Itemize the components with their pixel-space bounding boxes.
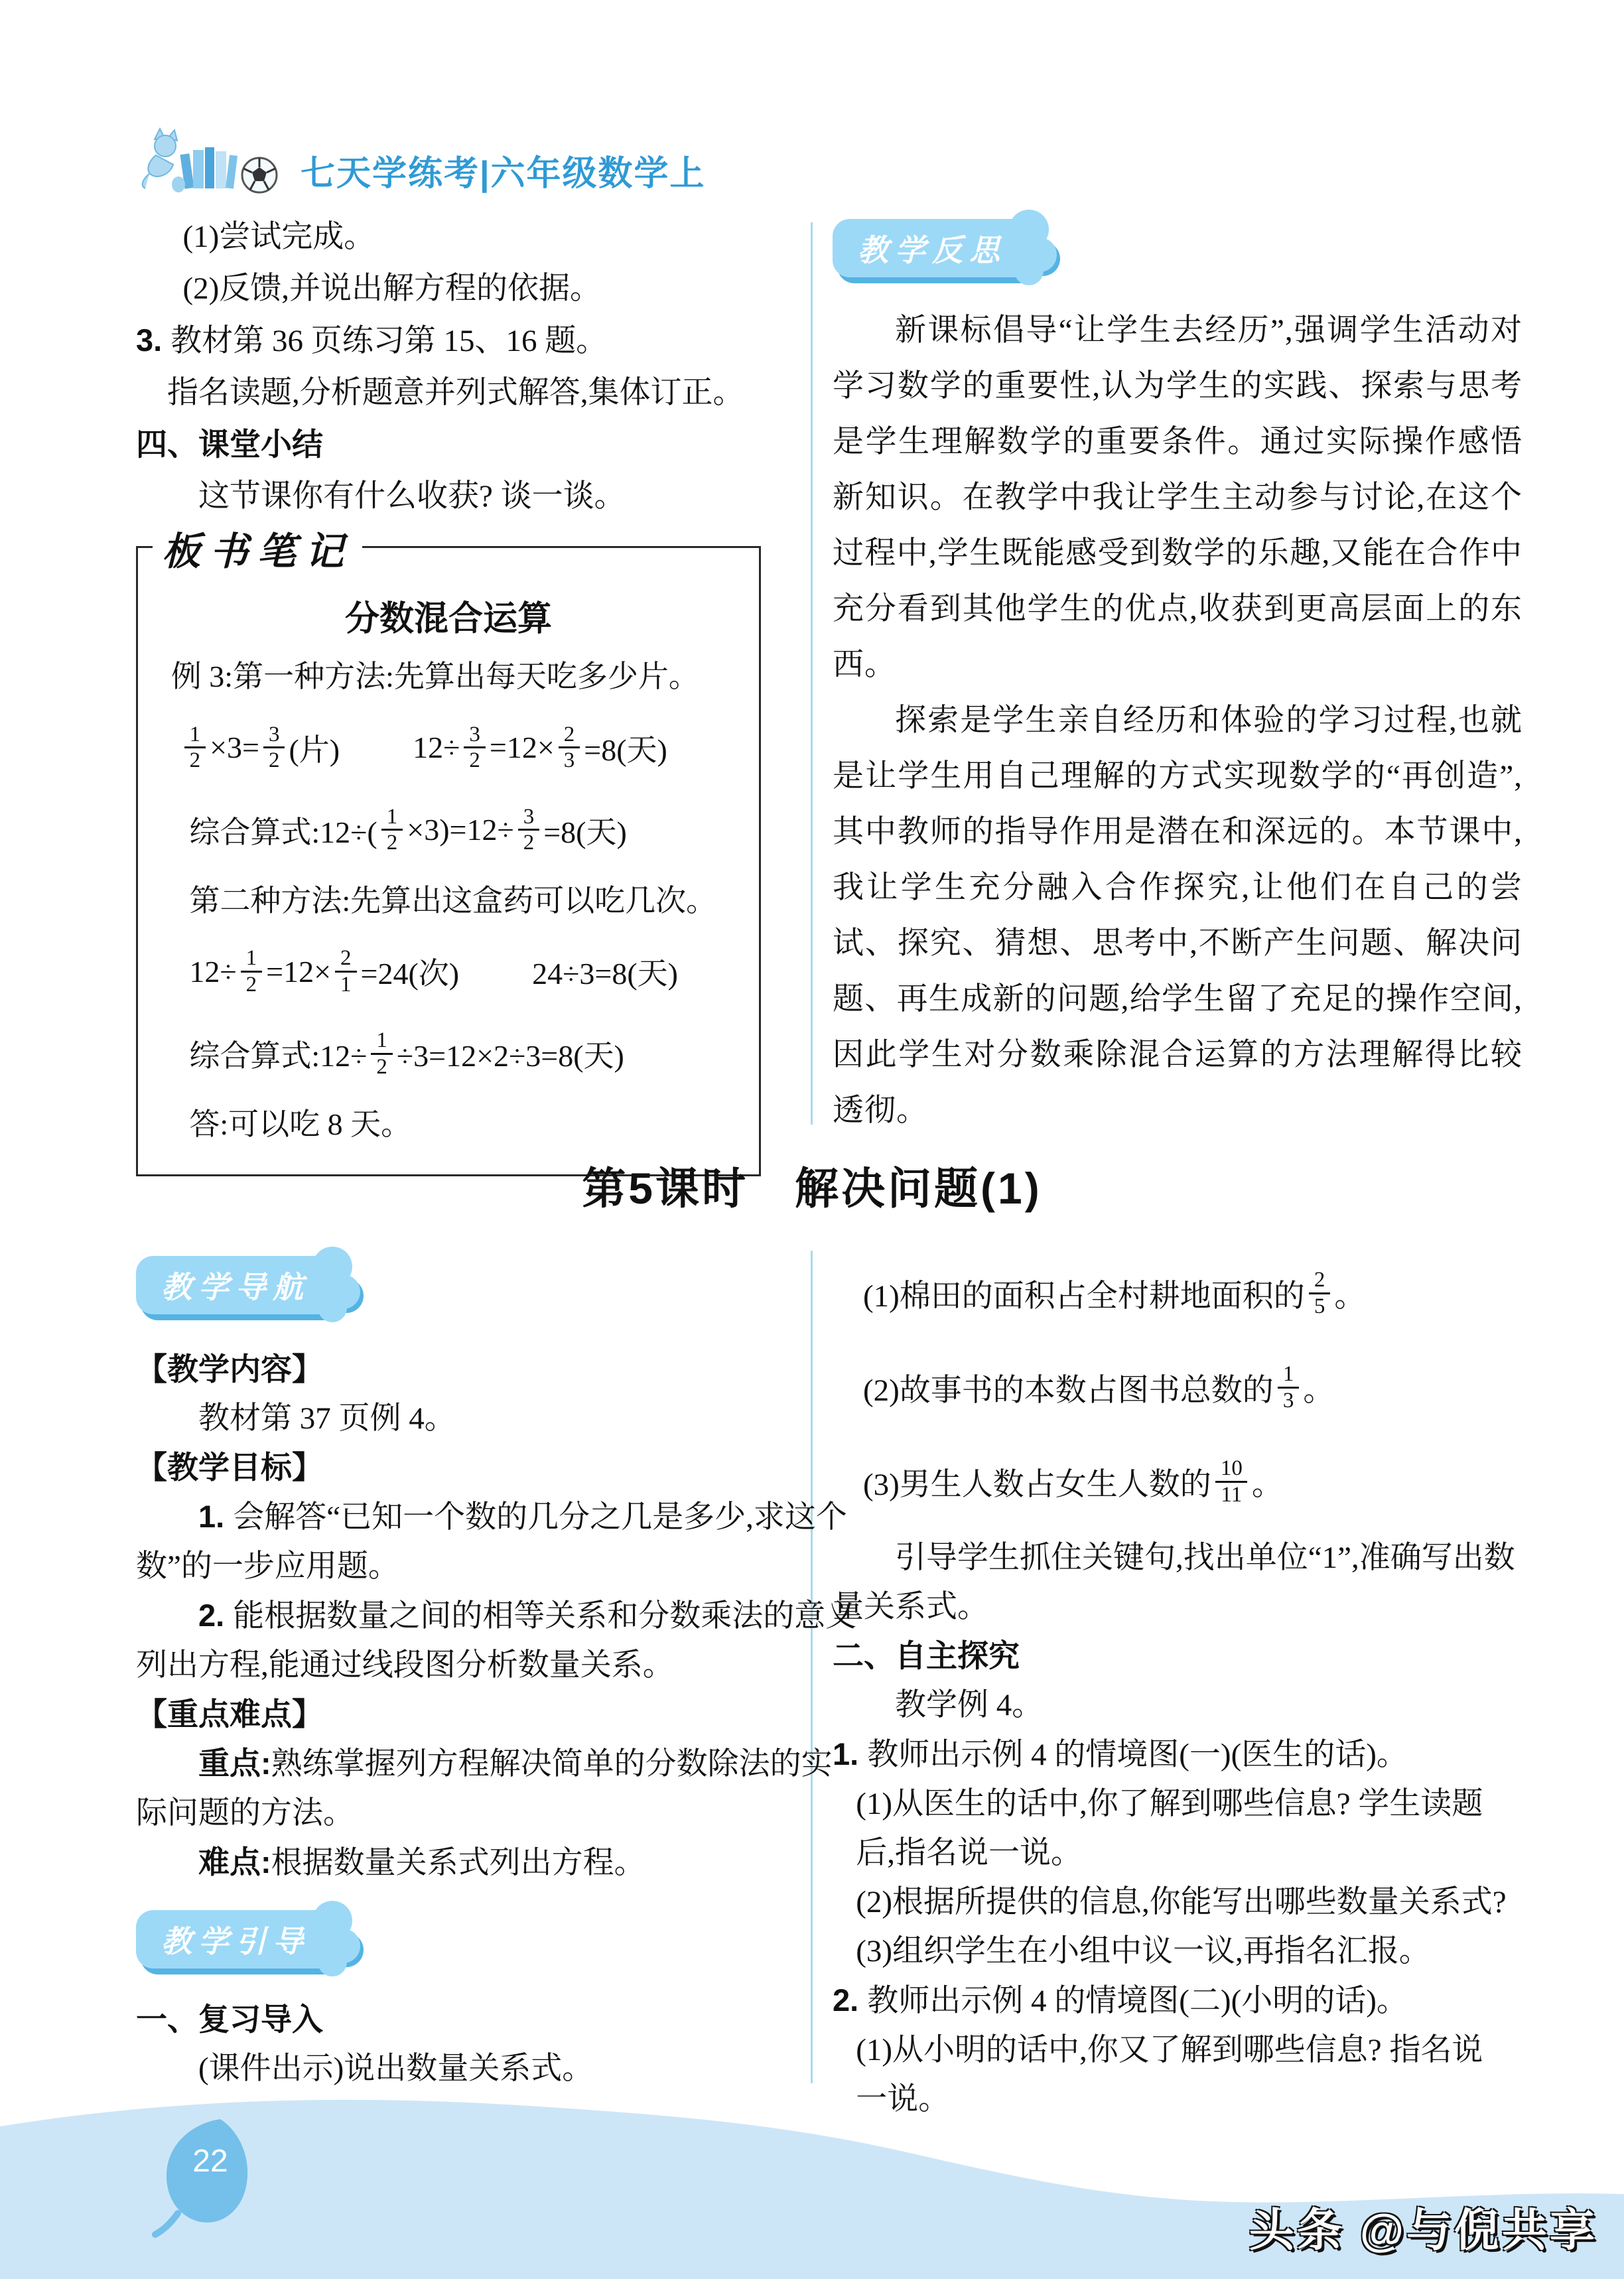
text-line: (1)从医生的话中,你了解到哪些信息? 学生读题 [833, 1779, 1522, 1829]
fraction: 12 [184, 723, 206, 773]
teaching-content-lines: 【教学内容】教材第 37 页例 4。【教学目标】1. 会解答“已知一个数的几分之… [136, 1345, 766, 1888]
board-notes-label: 板书笔记 [153, 520, 362, 576]
text-line: (2)根据所提供的信息,你能写出哪些数量关系式? [833, 1878, 1522, 1927]
brand-title: 七天学练考|六年级数学上 [301, 157, 706, 200]
text-line: 一、复习导入 [136, 1995, 766, 2044]
paragraph: 新课标倡导“让学生去经历”,强调学生活动对学习数学的重要性,认为学生的实践、探索… [833, 303, 1522, 693]
textbook-page: 七天学练考|六年级数学上 (1)尝试完成。(2)反馈,并说出解方程的依据。3. … [0, 0, 1624, 2279]
badge-cloud-bump [318, 1293, 347, 1322]
badge-teaching-navigation: 教学导航 [136, 1256, 335, 1314]
fraction: 25 [1309, 1268, 1331, 1318]
fraction: 12 [381, 805, 403, 855]
formula-row: 12×3=32(片)12÷32=12×23=8(天) [162, 709, 735, 786]
text-line: 1. 会解答“已知一个数的几分之几是多少,求这个 [136, 1492, 766, 1542]
formula-row: 综合算式:12÷12÷3=12×2÷3=8(天) [162, 1015, 735, 1092]
text-line: 重点:熟练掌握列方程解决简单的分数除法的实 [136, 1739, 766, 1789]
column-divider-top [811, 222, 813, 1125]
section1-right-column: 教学反思 新课标倡导“让学生去经历”,强调学生活动对学习数学的重要性,认为学生的… [833, 219, 1522, 1139]
page-header: 七天学练考|六年级数学上 [136, 127, 706, 200]
formula-row: (2)故事书的本数占图书总数的13。 [833, 1345, 1522, 1430]
badge-teaching-reflection: 教学反思 [833, 219, 1032, 277]
text-line: 2. 能根据数量之间的相等关系和分数乘法的意义 [136, 1591, 766, 1641]
lesson-steps-lines: (1)尝试完成。(2)反馈,并说出解方程的依据。3. 教材第 36 页练习第 1… [136, 211, 766, 522]
text-line: (1)尝试完成。 [136, 211, 766, 263]
badge-label: 教学引导 [161, 1917, 310, 1961]
text-line: 列出方程,能通过线段图分析数量关系。 [136, 1641, 766, 1690]
fraction: 23 [559, 723, 580, 773]
formula-row: 12÷12=12×21=24(次)24÷3=8(天) [162, 933, 735, 1010]
text-line: 指名读题,分析题意并列式解答,集体订正。 [136, 367, 766, 419]
formula-text-row: 例 3:第一种方法:先算出每天吃多少片。 [162, 657, 735, 696]
formula-text-row: 第二种方法:先算出这盒药可以吃几次。 [162, 882, 735, 920]
text-line: (2)反馈,并说出解方程的依据。 [136, 263, 766, 314]
fraction: 32 [263, 723, 285, 773]
text-line: 2. 教师出示例 4 的情境图(二)(小明的话)。 [833, 1976, 1522, 2026]
column-divider-bottom [811, 1251, 813, 2083]
text-line: 【教学内容】 [136, 1345, 766, 1394]
board-notes-title: 分数混合运算 [162, 590, 735, 640]
fraction: 21 [335, 946, 357, 997]
formula-text-row: 答:可以吃 8 天。 [162, 1105, 735, 1144]
fraction: 1011 [1215, 1456, 1248, 1507]
text-line: 后,指名说一说。 [833, 1829, 1522, 1878]
mascot-books-ball-icon [136, 127, 289, 200]
fraction: 12 [371, 1028, 393, 1079]
text-line: (1)从小明的话中,你又了解到哪些信息? 指名说 [833, 2026, 1522, 2075]
badge-cloud-bump [318, 1947, 347, 1976]
text-line: 际问题的方法。 [136, 1789, 766, 1838]
watermark-text: 头条 @与倪共享 [1249, 2195, 1597, 2259]
text-line: 引导学生抓住关键句,找出单位“1”,准确写出数 [833, 1533, 1522, 1582]
text-line: 二、自主探究 [833, 1631, 1522, 1681]
fraction: 32 [464, 723, 486, 773]
text-line: 教材第 37 页例 4。 [136, 1394, 766, 1443]
text-line: 数”的一步应用题。 [136, 1542, 766, 1591]
section1-left-column: (1)尝试完成。(2)反馈,并说出解方程的依据。3. 教材第 36 页练习第 1… [136, 211, 766, 1176]
lesson-title: 第5课时 解决问题(1) [0, 1153, 1624, 1216]
reflection-paragraphs: 新课标倡导“让学生去经历”,强调学生活动对学习数学的重要性,认为学生的实践、探索… [833, 303, 1522, 1139]
text-line: 这节课你有什么收获? 谈一谈。 [136, 470, 766, 522]
text-line: 难点:根据数量关系式列出方程。 [136, 1838, 766, 1888]
page-number-leaf: 22 [151, 2115, 264, 2238]
review-intro-lines: 一、复习导入(课件出示)说出数量关系式。 [136, 1995, 766, 2093]
text-line: 四、课堂小结 [136, 419, 766, 470]
text-line: 【教学目标】 [136, 1443, 766, 1492]
fraction: 13 [1278, 1362, 1300, 1413]
text-line: 【重点难点】 [136, 1690, 766, 1739]
fraction-statement-rows: (1)棉田的面积占全村耕地面积的25。(2)故事书的本数占图书总数的13。(3)… [833, 1251, 1522, 1524]
formula-row: (1)棉田的面积占全村耕地面积的25。 [833, 1251, 1522, 1336]
badge-cloud-bump [1014, 256, 1044, 285]
page-number: 22 [180, 2143, 240, 2179]
badge-teaching-guidance: 教学引导 [136, 1910, 335, 1968]
formula-row: 综合算式:12÷(12×3)=12÷32=8(天) [162, 792, 735, 868]
board-notes-box: 板书笔记 分数混合运算 例 3:第一种方法:先算出每天吃多少片。12×3=32(… [136, 546, 761, 1176]
fraction: 12 [241, 946, 263, 997]
text-line: 量关系式。 [833, 1582, 1522, 1631]
text-line: 3. 教材第 36 页练习第 15、16 题。 [136, 314, 766, 367]
text-line: 1. 教师出示例 4 的情境图(一)(医生的话)。 [833, 1730, 1522, 1779]
exploration-lines: 引导学生抓住关键句,找出单位“1”,准确写出数量关系式。二、自主探究教学例 4。… [833, 1533, 1522, 2124]
fraction: 32 [518, 805, 540, 855]
board-notes-rows: 例 3:第一种方法:先算出每天吃多少片。12×3=32(片)12÷32=12×2… [162, 657, 735, 1144]
section2-left-column: 教学导航 【教学内容】教材第 37 页例 4。【教学目标】1. 会解答“已知一个… [136, 1256, 766, 2093]
formula-row: (3)男生人数占女生人数的1011。 [833, 1439, 1522, 1524]
text-line: 教学例 4。 [833, 1681, 1522, 1730]
text-line: (3)组织学生在小组中议一议,再指名汇报。 [833, 1927, 1522, 1976]
paragraph: 探索是学生亲自经历和体验的学习过程,也就是让学生用自己理解的方式实现数学的“再创… [833, 693, 1522, 1139]
badge-label: 教学导航 [161, 1263, 310, 1307]
badge-label: 教学反思 [858, 226, 1006, 270]
section2-right-column: (1)棉田的面积占全村耕地面积的25。(2)故事书的本数占图书总数的13。(3)… [833, 1251, 1522, 2124]
